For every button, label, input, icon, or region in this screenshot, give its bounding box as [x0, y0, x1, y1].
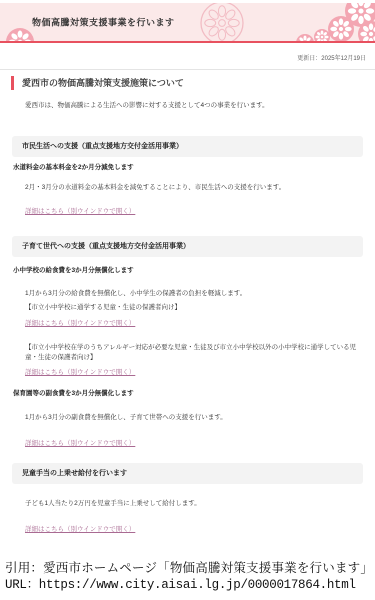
- item-body-school-lunch: 1月から3月分の給食費を無償化し、小中学生の保護者の負担を軽減します。: [25, 289, 360, 298]
- detail-link-water-fee[interactable]: 詳細はこちら（別ウインドウで開く）: [25, 208, 135, 216]
- audience-note-municipal-schools: 【市立小中学校に通学する児童・生徒の保護者向け】: [25, 303, 360, 314]
- page-title: 物価高騰対策支援事業を行います: [32, 16, 175, 29]
- detail-link-nursery-side-dish[interactable]: 詳細はこちら（別ウインドウで開く）: [25, 440, 135, 448]
- detail-link-child-allowance[interactable]: 詳細はこちら（別ウインドウで開く）: [25, 526, 135, 534]
- section-title-child-allowance-topup: 児童手当の上乗せ給付を行います: [12, 463, 363, 484]
- page-heading: 愛西市の物価高騰対策支援施策について: [11, 76, 360, 90]
- item-heading-nursery-side-dish: 保育園等の副食費を3か月分無償化します: [13, 390, 360, 398]
- intro-text: 愛西市は、物価高騰による生活への影響に対する支援として4つの事業を行います。: [25, 101, 360, 110]
- item-heading-school-lunch: 小中学校の給食費を3か月分無償化します: [13, 267, 360, 275]
- item-body-nursery-side-dish: 1月から3月分の副食費を無償化し、子育て世帯への支援を行います。: [25, 413, 360, 422]
- citation-source: 引用：愛西市ホームページ「物価高騰対策支援事業を行います」: [5, 560, 371, 577]
- detail-link-school-lunch-other[interactable]: 詳細はこちら（別ウインドウで開く）: [25, 369, 135, 377]
- section-title-child-raising-support: 子育て世代への支援（重点支援地方交付金活用事業）: [12, 236, 363, 257]
- detail-link-school-lunch-municipal[interactable]: 詳細はこちら（別ウインドウで開く）: [25, 320, 135, 328]
- item-body-water-fee: 2月・3月分の水道料金の基本料金を減免することにより、市民生活への支援を行います…: [25, 183, 360, 192]
- divider: [0, 69, 375, 70]
- aisai-support-page: 物価高騰対策支援事業を行います 更新日：2025年12月19日 愛西市の物価高騰…: [0, 3, 375, 600]
- item-heading-water-fee: 水道料金の基本料金を2か月分減免します: [13, 164, 360, 172]
- audience-note-allergy-other-schools: 【市立小中学校在学のうちアレルギー対応が必要な児童・生徒及び市立小中学校以外の小…: [25, 343, 360, 364]
- item-body-child-allowance: 子ども1人当たり2万円を児童手当に上乗せして給付します。: [25, 499, 360, 508]
- citation: 引用：愛西市ホームページ「物価高騰対策支援事業を行います」 URL：https:…: [5, 560, 371, 594]
- page-header: 物価高騰対策支援事業を行います: [0, 3, 375, 43]
- updated-date: 更新日：2025年12月19日: [0, 55, 375, 63]
- citation-url: URL：https://www.city.aisai.lg.jp/0000017…: [5, 577, 371, 594]
- section-title-citizen-life-support: 市民生活への支援（重点支援地方交付金活用事業）: [12, 136, 363, 157]
